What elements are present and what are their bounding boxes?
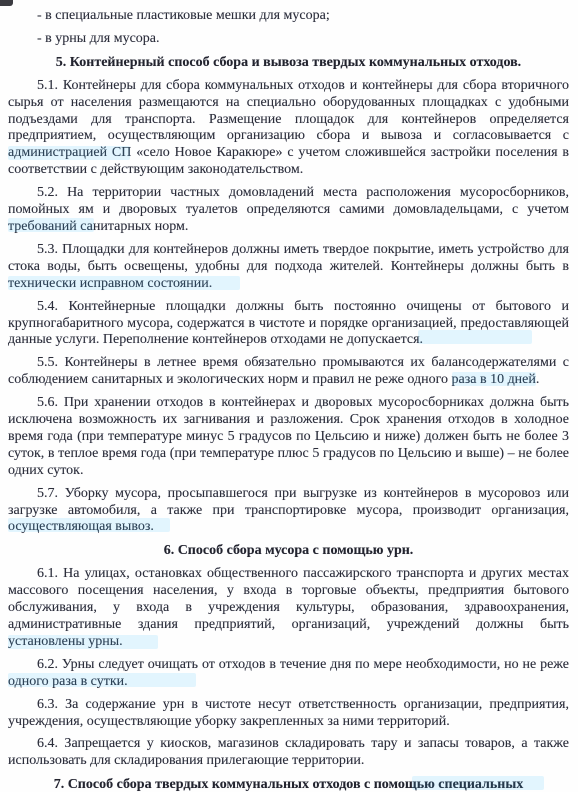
- section-7-heading: 7. Способ сбора твердых коммунальных отх…: [8, 777, 569, 792]
- scan-edge-artifact: [0, 0, 13, 6]
- para-6-4: 6.4. Запрещается у киосков, магазинов ск…: [8, 736, 569, 770]
- document-page: - в специальные пластиковые мешки для му…: [0, 0, 578, 792]
- para-6-2: 6.2. Урны следует очищать от отходов в т…: [8, 657, 569, 691]
- para-5-3: 5.3. Площадки для контейнеров должны име…: [8, 242, 569, 293]
- para-5-2: 5.2. На территории частных домовладений …: [8, 185, 569, 236]
- para-6-1: 6.1. На улицах, остановках общественного…: [8, 566, 569, 651]
- para-5-5: 5.5. Контейнеры в летнее время обязатель…: [8, 355, 569, 389]
- para-6-3: 6.3. За содержание урн в чистоте несут о…: [8, 697, 569, 731]
- para-5-7: 5.7. Уборку мусора, просыпавшегося при в…: [8, 486, 569, 537]
- section-6-heading: 6. Способ сбора мусора с помощью урн.: [8, 543, 569, 560]
- intro-list-item-urns: - в урны для мусора.: [8, 31, 569, 48]
- section-5-heading: 5. Контейнерный способ сбора и вывоза тв…: [8, 55, 569, 72]
- para-5-1: 5.1. Контейнеры для сбора коммунальных о…: [8, 78, 569, 179]
- intro-list-item-plastic-bags: - в специальные пластиковые мешки для му…: [8, 8, 569, 25]
- para-5-4: 5.4. Контейнерные площадки должны быть п…: [8, 299, 569, 350]
- para-5-6: 5.6. При хранении отходов в контейнерах …: [8, 395, 569, 480]
